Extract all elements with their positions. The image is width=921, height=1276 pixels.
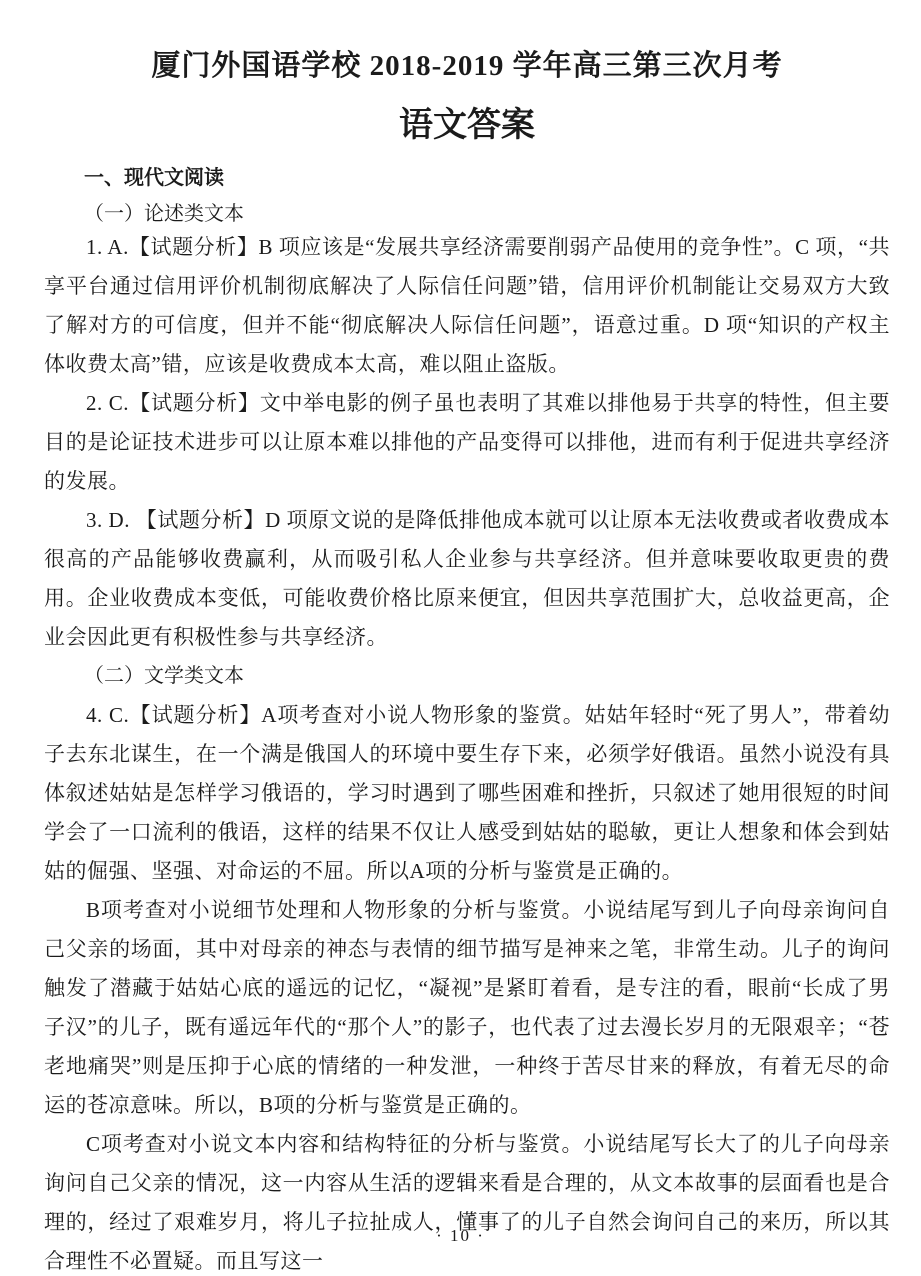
answer-paragraph-q4-option-b: B项考查对小说细节处理和人物形象的分析与鉴赏。小说结尾写到儿子向母亲询问自己父亲…: [44, 891, 890, 1125]
document-title: 厦门外国语学校 2018-2019 学年高三第三次月考: [44, 50, 890, 82]
document-subtitle: 语文答案: [44, 106, 890, 144]
page-number: · 10 ·: [0, 1226, 921, 1246]
document-page: 厦门外国语学校 2018-2019 学年高三第三次月考 语文答案 一、现代文阅读…: [0, 0, 921, 1276]
subsection-heading-argumentative-text: （一）论述类文本: [44, 202, 890, 226]
answer-paragraph-q4-option-a: 4. C.【试题分析】A项考查对小说人物形象的鉴赏。姑姑年轻时“死了男人”，带着…: [44, 696, 890, 891]
answer-body: 1. A.【试题分析】B 项应该是“发展共享经济需要削弱产品使用的竞争性”。C …: [44, 228, 890, 1276]
answer-paragraph-q3: 3. D. 【试题分析】D 项原文说的是降低排他成本就可以让原本无法收费或者收费…: [44, 501, 890, 657]
answer-paragraph-q4-option-c: C项考查对小说文本内容和结构特征的分析与鉴赏。小说结尾写长大了的儿子向母亲询问自…: [44, 1125, 890, 1276]
section-heading-modern-text-reading: 一、现代文阅读: [44, 166, 890, 190]
subsection-heading-literary-text: （二）文学类文本: [44, 657, 890, 696]
answer-paragraph-q2: 2. C.【试题分析】文中举电影的例子虽也表明了其难以排他易于共享的特性，但主要…: [44, 384, 890, 501]
answer-paragraph-q1: 1. A.【试题分析】B 项应该是“发展共享经济需要削弱产品使用的竞争性”。C …: [44, 228, 890, 384]
